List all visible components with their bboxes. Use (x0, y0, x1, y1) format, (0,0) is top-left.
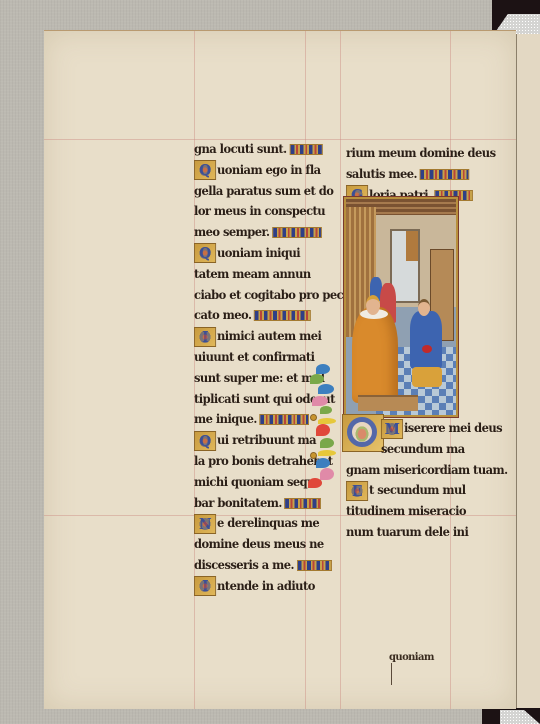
line-text: domine deus meus ne (194, 534, 324, 555)
text-line: gella paratus sum et do (194, 181, 304, 202)
text-line: me inique. (194, 409, 304, 430)
text-line: titudinem miseracio (346, 501, 453, 522)
line-text: me inique. (194, 409, 257, 430)
messenger-head (418, 299, 430, 316)
text-line: la pro bonis detrahebat (194, 451, 304, 472)
text-line: salutis mee. (346, 164, 453, 185)
line-text: nimici autem mei (217, 326, 321, 347)
acanthus-leaf (316, 458, 330, 468)
line-text: gnam misericordiam tuam. (346, 460, 508, 481)
gold-dot (310, 414, 317, 421)
messenger-legs (412, 367, 442, 387)
line-text: meo semper. (194, 222, 269, 243)
text-column-left: gna locuti sunt.Quoniam ego in flagella … (194, 139, 314, 597)
adjacent-page-edge (516, 34, 540, 710)
illuminated-initial: I (194, 576, 216, 596)
acanthus-leaf (318, 418, 336, 424)
text-line: discesseris a me. (194, 555, 304, 576)
miniature-painting (344, 197, 458, 417)
acanthus-leaf (316, 424, 330, 436)
line-text: uoniam iniqui (217, 243, 300, 264)
line-text: ntende in adiuto (217, 576, 315, 597)
text-line: meo semper. (194, 222, 304, 243)
line-text: ciabo et cogitabo pro pec (194, 285, 343, 306)
line-text: rium meum domine deus (346, 143, 496, 164)
line-filler (260, 414, 310, 425)
text-line: Qui retribuunt ma (194, 430, 304, 451)
text-line: uiuunt et confirmati (194, 347, 304, 368)
line-text: salutis mee. (346, 164, 417, 185)
text-line: tatem meam annun (194, 264, 304, 285)
text-line: Intende in adiuto (194, 576, 304, 597)
illuminated-initial: Q (194, 431, 216, 451)
line-text: gna locuti sunt. (194, 139, 287, 160)
text-line: Et secundum mul (346, 480, 453, 501)
line-text: sunt super me: et mul (194, 368, 324, 389)
king-figure (352, 307, 398, 403)
illuminated-initial: Q (194, 160, 216, 180)
red-hat (422, 345, 432, 353)
text-line: bar bonitatem. (194, 493, 304, 514)
line-filler (285, 498, 322, 509)
line-filler (297, 560, 332, 571)
illuminated-initial: E (346, 481, 368, 501)
text-line: gna locuti sunt. (194, 139, 304, 160)
line-text: lor meus in conspectu (194, 201, 325, 222)
acanthus-leaf (320, 438, 334, 448)
text-line: gnam misericordiam tuam. (346, 460, 453, 481)
line-text: cato meo. (194, 305, 251, 326)
line-text: discesseris a me. (194, 555, 294, 576)
text-line: Ne derelinquas me (194, 513, 304, 534)
text-line: num tuarum dele ini (346, 522, 453, 543)
text-line: Quoniam ego in fla (194, 160, 304, 181)
window-shutter (406, 231, 418, 261)
line-text: num tuarum dele ini (346, 522, 468, 543)
illuminated-initial: M (381, 419, 403, 439)
king-head (366, 295, 380, 315)
line-text: ui retribuunt ma (217, 430, 316, 451)
catchword: quoniam (389, 652, 434, 663)
line-text: titudinem miseracio (346, 501, 466, 522)
text-line: secundum ma (346, 439, 453, 460)
line-text: secundum ma (381, 439, 465, 460)
acanthus-leaf (318, 450, 336, 456)
line-text: uoniam ego in fla (217, 160, 321, 181)
acanthus-leaf (320, 406, 332, 414)
line-filler (420, 169, 470, 180)
floral-border-spray (306, 364, 342, 494)
messenger-figure (410, 311, 442, 369)
line-filler (272, 227, 322, 238)
illuminated-initial: Q (194, 243, 216, 263)
illuminated-initial: I (194, 327, 216, 347)
acanthus-leaf (310, 374, 324, 384)
acanthus-leaf (312, 396, 328, 406)
line-text: michi quoniam seque (194, 472, 322, 493)
line-text: gella paratus sum et do (194, 181, 333, 202)
line-text: uiuunt et confirmati (194, 347, 314, 368)
text-line: lor meus in conspectu (194, 201, 304, 222)
text-line: Inimici autem mei (194, 326, 304, 347)
line-filler (289, 144, 322, 155)
text-line: Quoniam iniqui (194, 243, 304, 264)
acanthus-leaf (308, 478, 322, 488)
text-line: tiplicati sunt qui oderut (194, 389, 304, 410)
gold-dot (310, 452, 317, 459)
line-text: bar bonitatem. (194, 493, 282, 514)
text-line: cato meo. (194, 305, 304, 326)
text-line: michi quoniam seque (194, 472, 304, 493)
acanthus-leaf (318, 384, 334, 394)
illuminated-initial: N (194, 514, 216, 534)
catchword-stroke (391, 663, 392, 685)
text-line: rium meum domine deus (346, 143, 453, 164)
line-filler (254, 310, 311, 321)
text-line: domine deus meus ne (194, 534, 304, 555)
throne-step (358, 395, 418, 411)
acanthus-leaf (320, 468, 334, 480)
text-line: ciabo et cogitabo pro pec (194, 285, 304, 306)
acanthus-leaf (316, 364, 330, 374)
text-line: Miserere mei deus (346, 418, 453, 439)
text-column-right-bottom: Miserere mei deussecundum magnam miseric… (346, 418, 462, 543)
line-text: t secundum mul (369, 480, 466, 501)
line-text: e derelinquas me (217, 513, 319, 534)
line-text: tatem meam annun (194, 264, 311, 285)
text-line: sunt super me: et mul (194, 368, 304, 389)
line-text: iserere mei deus (404, 418, 502, 439)
